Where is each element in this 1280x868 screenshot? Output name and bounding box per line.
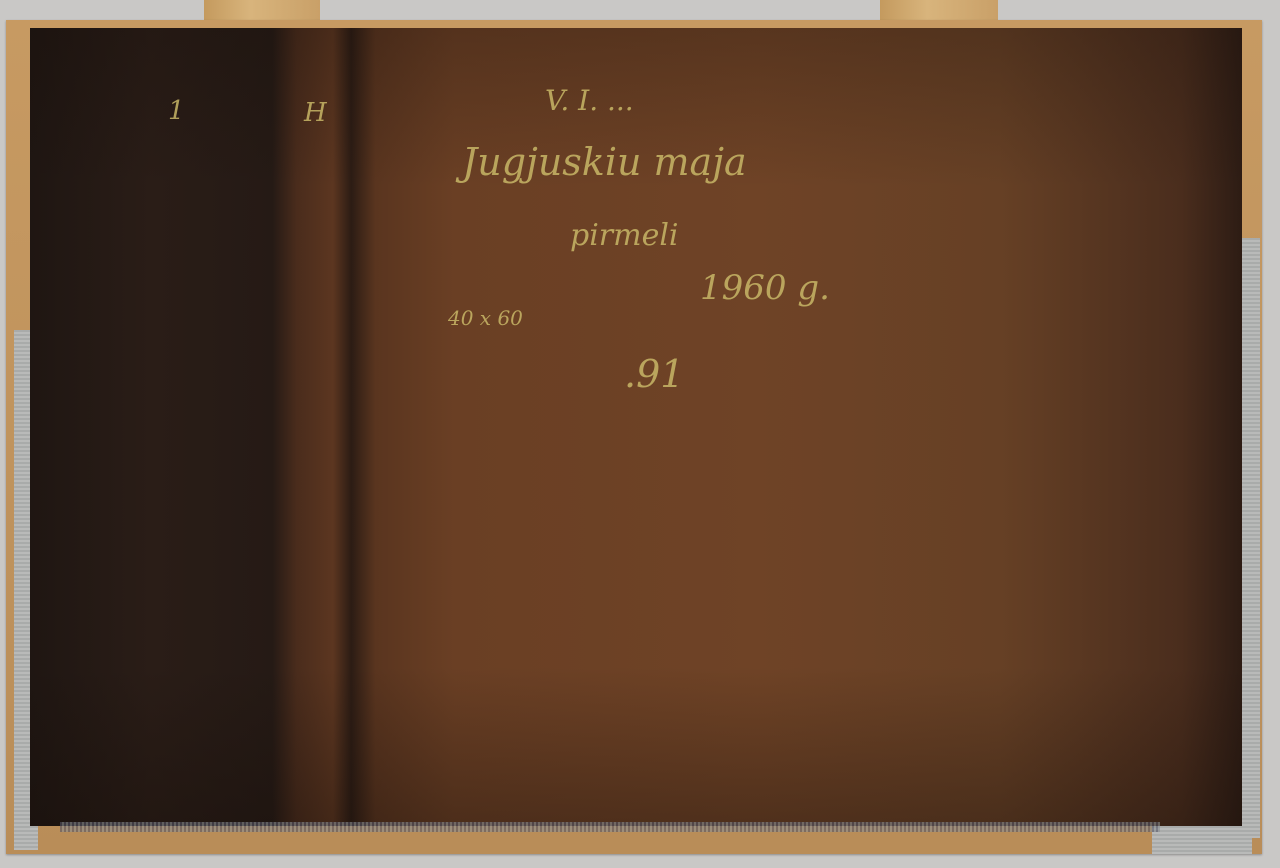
inscription-mark-2: H	[304, 98, 327, 128]
inscription-line-3: pirmeli	[570, 218, 679, 253]
inscription-year: 1960 g.	[700, 268, 830, 308]
inscription-dimensions: 40 x 60	[448, 306, 523, 330]
inscription-number: .91	[624, 352, 684, 396]
tape-right	[1240, 238, 1260, 838]
canvas-edge	[60, 822, 1160, 832]
inscription-line-1: V. I. ...	[545, 84, 634, 117]
inscription-mark-1: 1	[168, 96, 185, 126]
inscription-title: Jugjuskiu maja	[462, 140, 747, 184]
